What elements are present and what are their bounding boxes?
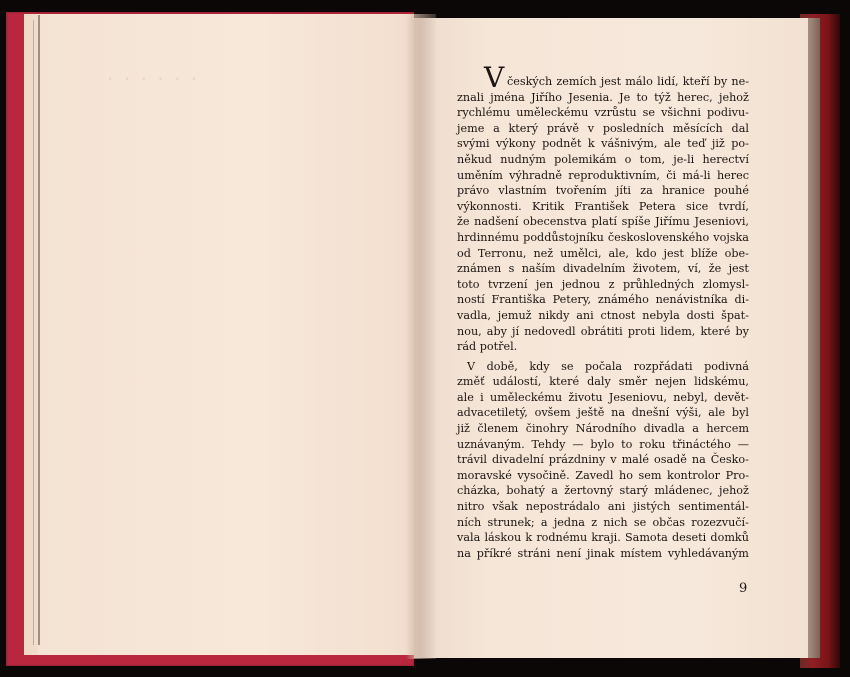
word: k — [588, 136, 595, 152]
text-line: V českýchzemíchjestmálolidí,kteříbyne- — [457, 74, 749, 90]
left-page — [24, 14, 414, 655]
word: jemuž — [498, 308, 532, 324]
word: Česko- — [711, 452, 749, 468]
word: vojska — [713, 230, 749, 246]
word: Petery, — [553, 292, 592, 308]
word: nudným — [500, 152, 546, 168]
text-line: hrdinnémupoddůstojníkučeskoslovenskéhovo… — [457, 230, 749, 246]
text-line: tototvrzeníjenjednouzprůhlednýchzlomysl- — [457, 277, 749, 293]
word: nich — [603, 515, 627, 531]
text-line: aleiuměleckémuživotuJeseniovu,nebyl,devě… — [457, 390, 749, 406]
text-line: výkonnosti.KritikFrantišekPeterasicetvrd… — [457, 199, 749, 215]
text-line: Vdobě,kdysepočalarozpřádatipodivná — [457, 359, 749, 375]
word: ani — [608, 499, 625, 515]
word: dosti — [687, 308, 715, 324]
word: špat- — [721, 308, 749, 324]
word: ctnost — [600, 308, 635, 324]
word: jíti — [616, 183, 631, 199]
word: se — [634, 515, 646, 531]
word: obrátiti — [581, 324, 623, 340]
word: v — [588, 121, 594, 137]
word: Je — [619, 90, 630, 106]
word: ovšem — [535, 405, 571, 421]
word: průhledných — [623, 277, 694, 293]
drop-cap: V — [484, 64, 504, 92]
word: obecenstva — [523, 214, 587, 230]
word: spíše — [622, 214, 651, 230]
word: tvrzení — [488, 277, 527, 293]
word: Tehdy — [532, 437, 566, 453]
word: byl — [732, 405, 749, 421]
word: všichni — [661, 105, 701, 121]
word: obe- — [725, 246, 749, 262]
word: výkony — [496, 136, 536, 152]
text-line: vadla,jemužnikdyanictnostnebyladostišpat… — [457, 308, 749, 324]
word: které — [549, 374, 579, 390]
left-page-edge — [24, 14, 38, 655]
word: tvrdí, — [719, 199, 749, 215]
text-line: odTerronu,nežumělci,ale,kdojestblížeobe- — [457, 246, 749, 262]
word: reproduktivním, — [568, 168, 660, 184]
word: nepostrádalo — [526, 499, 600, 515]
word: herec, — [677, 90, 713, 106]
text-line: advacetiletý,ovšemještěnadnešnívýši,aleb… — [457, 405, 749, 421]
word: pouhé — [714, 183, 749, 199]
word: v — [610, 452, 616, 468]
word: ani — [576, 308, 593, 324]
word: o — [625, 152, 632, 168]
word: proti — [628, 324, 655, 340]
word: stráni — [517, 546, 550, 562]
word: občas — [652, 515, 685, 531]
word: že — [457, 214, 470, 230]
word: nejen — [655, 374, 686, 390]
word: nebyla — [642, 308, 680, 324]
word: třináctého — [672, 437, 731, 453]
word: by — [714, 74, 727, 90]
word: nebyl, — [673, 390, 707, 406]
text-line: někudnudnýmpolemikámotom,je-liherectví — [457, 152, 749, 168]
page-number: 9 — [739, 581, 747, 596]
text-line: valaláskoukrodnémukraji.Samotadesetidomk… — [457, 530, 749, 546]
word: Pro- — [726, 468, 749, 484]
word: na — [457, 546, 471, 562]
word: ještě — [577, 405, 604, 421]
word: mládenec, — [654, 483, 712, 499]
book-photo: · · · · · · V českýchzemíchjestmálolidí,… — [0, 0, 850, 677]
text-line: rychlémuuměleckémuvzrůstusevšichnipodivu… — [457, 105, 749, 121]
word: a — [541, 515, 548, 531]
word: jen — [536, 277, 553, 293]
word: době, — [487, 359, 518, 375]
word: dnešní — [632, 405, 670, 421]
word: kontrolor — [667, 468, 720, 484]
word: rychlému — [457, 105, 510, 121]
word: a — [551, 483, 558, 499]
text-line: rád potřel. — [457, 339, 749, 355]
word: vysočině. — [517, 468, 569, 484]
word: uměleckému — [490, 390, 562, 406]
word: tvořením — [556, 183, 607, 199]
word: prázdniny — [549, 452, 606, 468]
word: výhradně — [509, 168, 562, 184]
word: ale — [457, 390, 474, 406]
word: jistých — [633, 499, 670, 515]
word: známen — [457, 261, 501, 277]
word: divadla — [644, 421, 685, 437]
right-page-edge — [808, 18, 820, 658]
word: známého — [598, 292, 649, 308]
word: divadelní — [492, 452, 544, 468]
word: jest — [664, 246, 684, 262]
word: vášnivým, — [601, 136, 657, 152]
word: z — [591, 515, 597, 531]
word: devět- — [714, 390, 749, 406]
word: událostí, — [493, 374, 542, 390]
word: Petera — [639, 199, 676, 215]
word: svými — [457, 136, 490, 152]
word: i — [480, 390, 484, 406]
word: trávil — [457, 452, 487, 468]
word: uměleckému — [516, 105, 588, 121]
word: a — [692, 421, 699, 437]
word: starý — [620, 483, 649, 499]
word: to — [621, 437, 632, 453]
word: Jiřímu — [655, 214, 690, 230]
word: a — [493, 121, 500, 137]
word: měsících — [673, 121, 723, 137]
showthrough-text: · · · · · · — [108, 72, 200, 86]
word: má-li — [682, 168, 710, 184]
word: uměním — [457, 168, 503, 184]
word: málo — [625, 74, 653, 90]
word: sentimentál- — [678, 499, 749, 515]
word: V — [467, 359, 475, 375]
word: naším — [522, 261, 556, 277]
word: nou, — [457, 324, 482, 340]
word: vala — [457, 530, 480, 546]
word: že — [709, 261, 722, 277]
text-line: jemeakterýprávěvposledníchměsícíchdal — [457, 121, 749, 137]
word: již — [712, 136, 725, 152]
word: ho — [619, 468, 633, 484]
word: lidskému, — [694, 374, 749, 390]
word: — — [572, 437, 583, 453]
word: právě — [547, 121, 579, 137]
word: Jiřího — [531, 90, 562, 106]
word: po- — [731, 136, 749, 152]
word: směr — [619, 374, 647, 390]
word: dal — [732, 121, 749, 137]
word: toto — [457, 277, 479, 293]
word: kteří — [683, 74, 710, 90]
word: jest — [601, 74, 621, 90]
word: domků — [710, 530, 749, 546]
word: lidí, — [657, 74, 678, 90]
word: členem — [477, 421, 518, 437]
word: se — [643, 105, 655, 121]
word: z — [609, 277, 615, 293]
word: Kritik — [532, 199, 564, 215]
word: jí — [512, 324, 519, 340]
word: podivu- — [707, 105, 749, 121]
word: Jesenia. — [568, 90, 612, 106]
word: posledních — [603, 121, 664, 137]
word: poddůstojníku — [523, 230, 604, 246]
text-line: uznávaným.Tehdy—bylotorokutřináctého— — [457, 437, 749, 453]
word: znali — [457, 90, 484, 106]
word: na — [692, 452, 706, 468]
word: místem — [620, 546, 662, 562]
word: nenávistníka — [656, 292, 728, 308]
word: to — [637, 90, 648, 106]
page-stack-line — [33, 20, 34, 645]
word: kraji. — [591, 530, 620, 546]
word: vadla, — [457, 308, 491, 324]
text-line: změťudálostí,kterédalysměrnejenlidskému, — [457, 374, 749, 390]
word: jest — [729, 261, 749, 277]
word: vzrůstu — [594, 105, 636, 121]
word: které — [700, 324, 730, 340]
text-line: jižčlenemčinohryNárodníhodivadlaahercem — [457, 421, 749, 437]
word: platí — [591, 214, 616, 230]
word: moravské — [457, 468, 512, 484]
word: činohry — [526, 421, 569, 437]
word: výkonnosti. — [457, 199, 522, 215]
word: jeme — [457, 121, 484, 137]
word: někud — [457, 152, 492, 168]
word: malé — [622, 452, 649, 468]
text-line: svýmivýkonypodnětkvášnivým,aleteďjižpo- — [457, 136, 749, 152]
word: jehož — [719, 90, 749, 106]
text-line: níchstrunek;ajednaznichseobčasrozezvučí- — [457, 515, 749, 531]
word: životu — [568, 390, 602, 406]
word: výši, — [676, 405, 702, 421]
word: ví, — [688, 261, 701, 277]
word: se — [561, 359, 573, 375]
word: kdy — [529, 359, 549, 375]
word: by — [735, 324, 748, 340]
word: herectví — [702, 152, 748, 168]
word: uznávaným. — [457, 437, 525, 453]
word: Františka — [492, 292, 546, 308]
word: umělci, — [560, 246, 601, 262]
word: Jeseniovu, — [609, 390, 667, 406]
word: nitro — [457, 499, 484, 515]
word: lidem, — [660, 324, 695, 340]
word: rozpřádati — [634, 359, 693, 375]
text-line: ženadšeníobecenstvaplatíspíšeJiřímuJesen… — [457, 214, 749, 230]
word: na — [611, 405, 625, 421]
word: právo — [457, 183, 489, 199]
word: ale, — [609, 246, 629, 262]
word: ale — [664, 136, 681, 152]
word: počala — [585, 359, 622, 375]
word: herec — [717, 168, 749, 184]
word: — — [738, 437, 749, 453]
word: di- — [734, 292, 749, 308]
word: hranice — [662, 183, 705, 199]
word: kdo — [636, 246, 657, 262]
word: vlastním — [498, 183, 546, 199]
word: bohatý — [506, 483, 545, 499]
word: tom, — [640, 152, 665, 168]
text-line: nitrovšaknepostrádaloanijistýchsentiment… — [457, 499, 749, 515]
word: českých — [507, 74, 552, 90]
word: za — [640, 183, 653, 199]
word: Jeseniovi, — [695, 214, 749, 230]
word: není — [556, 546, 581, 562]
word: bylo — [590, 437, 614, 453]
word: deseti — [672, 530, 706, 546]
word: Národního — [576, 421, 636, 437]
word: od — [457, 246, 471, 262]
word: nedovedl — [524, 324, 575, 340]
word: je-li — [673, 152, 694, 168]
word: ale — [708, 405, 725, 421]
word: láskou — [484, 530, 521, 546]
text-line: známensnašímdivadelnímživotem,ví,žejest — [457, 261, 749, 277]
word: žertovný — [564, 483, 613, 499]
word: blíže — [691, 246, 718, 262]
word: jednou — [562, 277, 600, 293]
word: osadě — [654, 452, 687, 468]
word: Zavedl — [575, 468, 613, 484]
word: Samota — [625, 530, 668, 546]
word: polemikám — [554, 152, 616, 168]
word: František — [574, 199, 628, 215]
word: týž — [654, 90, 671, 106]
word: vyhledávaným — [668, 546, 749, 562]
word: roku — [639, 437, 665, 453]
body-text: V českýchzemíchjestmálolidí,kteříbyne- z… — [457, 74, 749, 561]
text-line: nou,abyjínedovedlobrátitiprotilidem,kter… — [457, 324, 749, 340]
word: sem — [639, 468, 662, 484]
word: jehož — [719, 483, 749, 499]
text-line: napříkréstránineníjinakmístemvyhledávaný… — [457, 546, 749, 562]
word: ne- — [731, 74, 749, 90]
word: příkré — [477, 546, 512, 562]
text-line-content: rád potřel. — [457, 339, 517, 355]
word: jinak — [587, 546, 615, 562]
word: divadelním — [563, 261, 625, 277]
book-gutter — [406, 14, 436, 659]
word: hercem — [706, 421, 749, 437]
text-line: moravskévysočině.ZavedlhosemkontrolorPro… — [457, 468, 749, 484]
word: československého — [608, 230, 709, 246]
word: zlomysl- — [703, 277, 749, 293]
word: aby — [487, 324, 507, 340]
word: zemích — [556, 74, 596, 90]
text-line: právovlastnímtvořenímjítizahranicepouhé — [457, 183, 749, 199]
word: s — [509, 261, 515, 277]
word: strunek; — [488, 515, 535, 531]
word: ností — [457, 292, 485, 308]
word: podnět — [542, 136, 581, 152]
word: cházka, — [457, 483, 500, 499]
text-line: uměnímvýhradněreproduktivním,čimá-lihere… — [457, 168, 749, 184]
word: teď — [687, 136, 705, 152]
page-stack-line — [38, 15, 40, 645]
word: ních — [457, 515, 481, 531]
word: či — [666, 168, 676, 184]
word: však — [492, 499, 518, 515]
word: který — [509, 121, 539, 137]
word: k — [525, 530, 532, 546]
word: jedna — [554, 515, 585, 531]
word: advacetiletý, — [457, 405, 528, 421]
word: daly — [587, 374, 611, 390]
text-line: nostíFrantiškaPetery,známéhonenávistníka… — [457, 292, 749, 308]
word: podivná — [704, 359, 749, 375]
word: Terronu, — [478, 246, 527, 262]
word: životem, — [633, 261, 681, 277]
word: než — [533, 246, 553, 262]
word: sice — [686, 199, 708, 215]
word: hrdinnému — [457, 230, 519, 246]
word: již — [457, 421, 470, 437]
word: změť — [457, 374, 485, 390]
word: nadšení — [474, 214, 518, 230]
word: rodnému — [536, 530, 587, 546]
text-line: trávildivadelníprázdninyvmaléosaděnaČesk… — [457, 452, 749, 468]
word: rozezvučí- — [691, 515, 749, 531]
text-line: cházka,bohatýažertovnýstarýmládenec,jeho… — [457, 483, 749, 499]
word: nikdy — [538, 308, 569, 324]
